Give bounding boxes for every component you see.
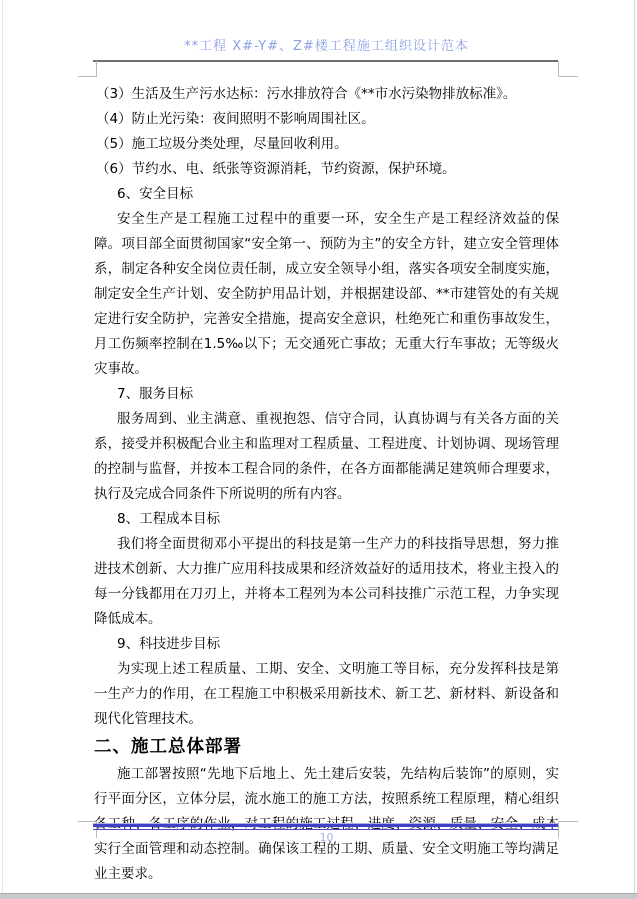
page-edge-left (2, 0, 3, 899)
margin-mark-header-right (558, 61, 578, 77)
section-heading-safety: 6、安全目标 (94, 182, 559, 207)
section-paragraph-cost: 我们将全面贯彻邓小平提出的科技是第一生产力的科技指导思想，努力推进技术创新、大力… (94, 532, 559, 632)
margin-mark-header-left (78, 61, 97, 77)
page-bottom-edge (0, 893, 637, 899)
section-heading-service: 7、服务目标 (94, 382, 559, 407)
chapter-heading: 二、施工总体部署 (94, 732, 559, 762)
page-number: 10 (94, 831, 559, 847)
list-item-3: （3）生活及生产污水达标：污水排放符合《**市水污染物排放标准》。 (94, 82, 559, 107)
document-body: （3）生活及生产污水达标：污水排放符合《**市水污染物排放标准》。 （4）防止光… (94, 82, 559, 887)
page-edge-right (634, 0, 635, 893)
footer-rule (93, 824, 558, 830)
document-page: **工程 X#-Y#、Z#楼工程施工组织设计范本 （3）生活及生产污水达标：污水… (0, 0, 637, 899)
section-heading-cost: 8、工程成本目标 (94, 507, 559, 532)
section-paragraph-service: 服务周到、业主满意、重视抱怨、信守合同，认真协调与有关各方面的关系，接受并积极配… (94, 407, 559, 507)
margin-mark-footer-right (558, 821, 578, 838)
section-paragraph-safety: 安全生产是工程施工过程中的重要一环，安全生产是工程经济效益的保障。项目部全面贯彻… (94, 207, 559, 382)
list-item-6: （6）节约水、电、纸张等资源消耗，节约资源，保护环境。 (94, 157, 559, 182)
section-paragraph-technology: 为实现上述工程质量、工期、安全、文明施工等目标，充分发挥科技是第一生产力的作用，… (94, 657, 559, 732)
header-rule (93, 60, 558, 62)
list-item-4: （4）防止光污染：夜间照明不影响周围社区。 (94, 107, 559, 132)
header-title: **工程 X#-Y#、Z#楼工程施工组织设计范本 (94, 35, 559, 55)
list-item-5: （5）施工垃圾分类处理，尽量回收利用。 (94, 132, 559, 157)
section-heading-technology: 9、科技进步目标 (94, 632, 559, 657)
